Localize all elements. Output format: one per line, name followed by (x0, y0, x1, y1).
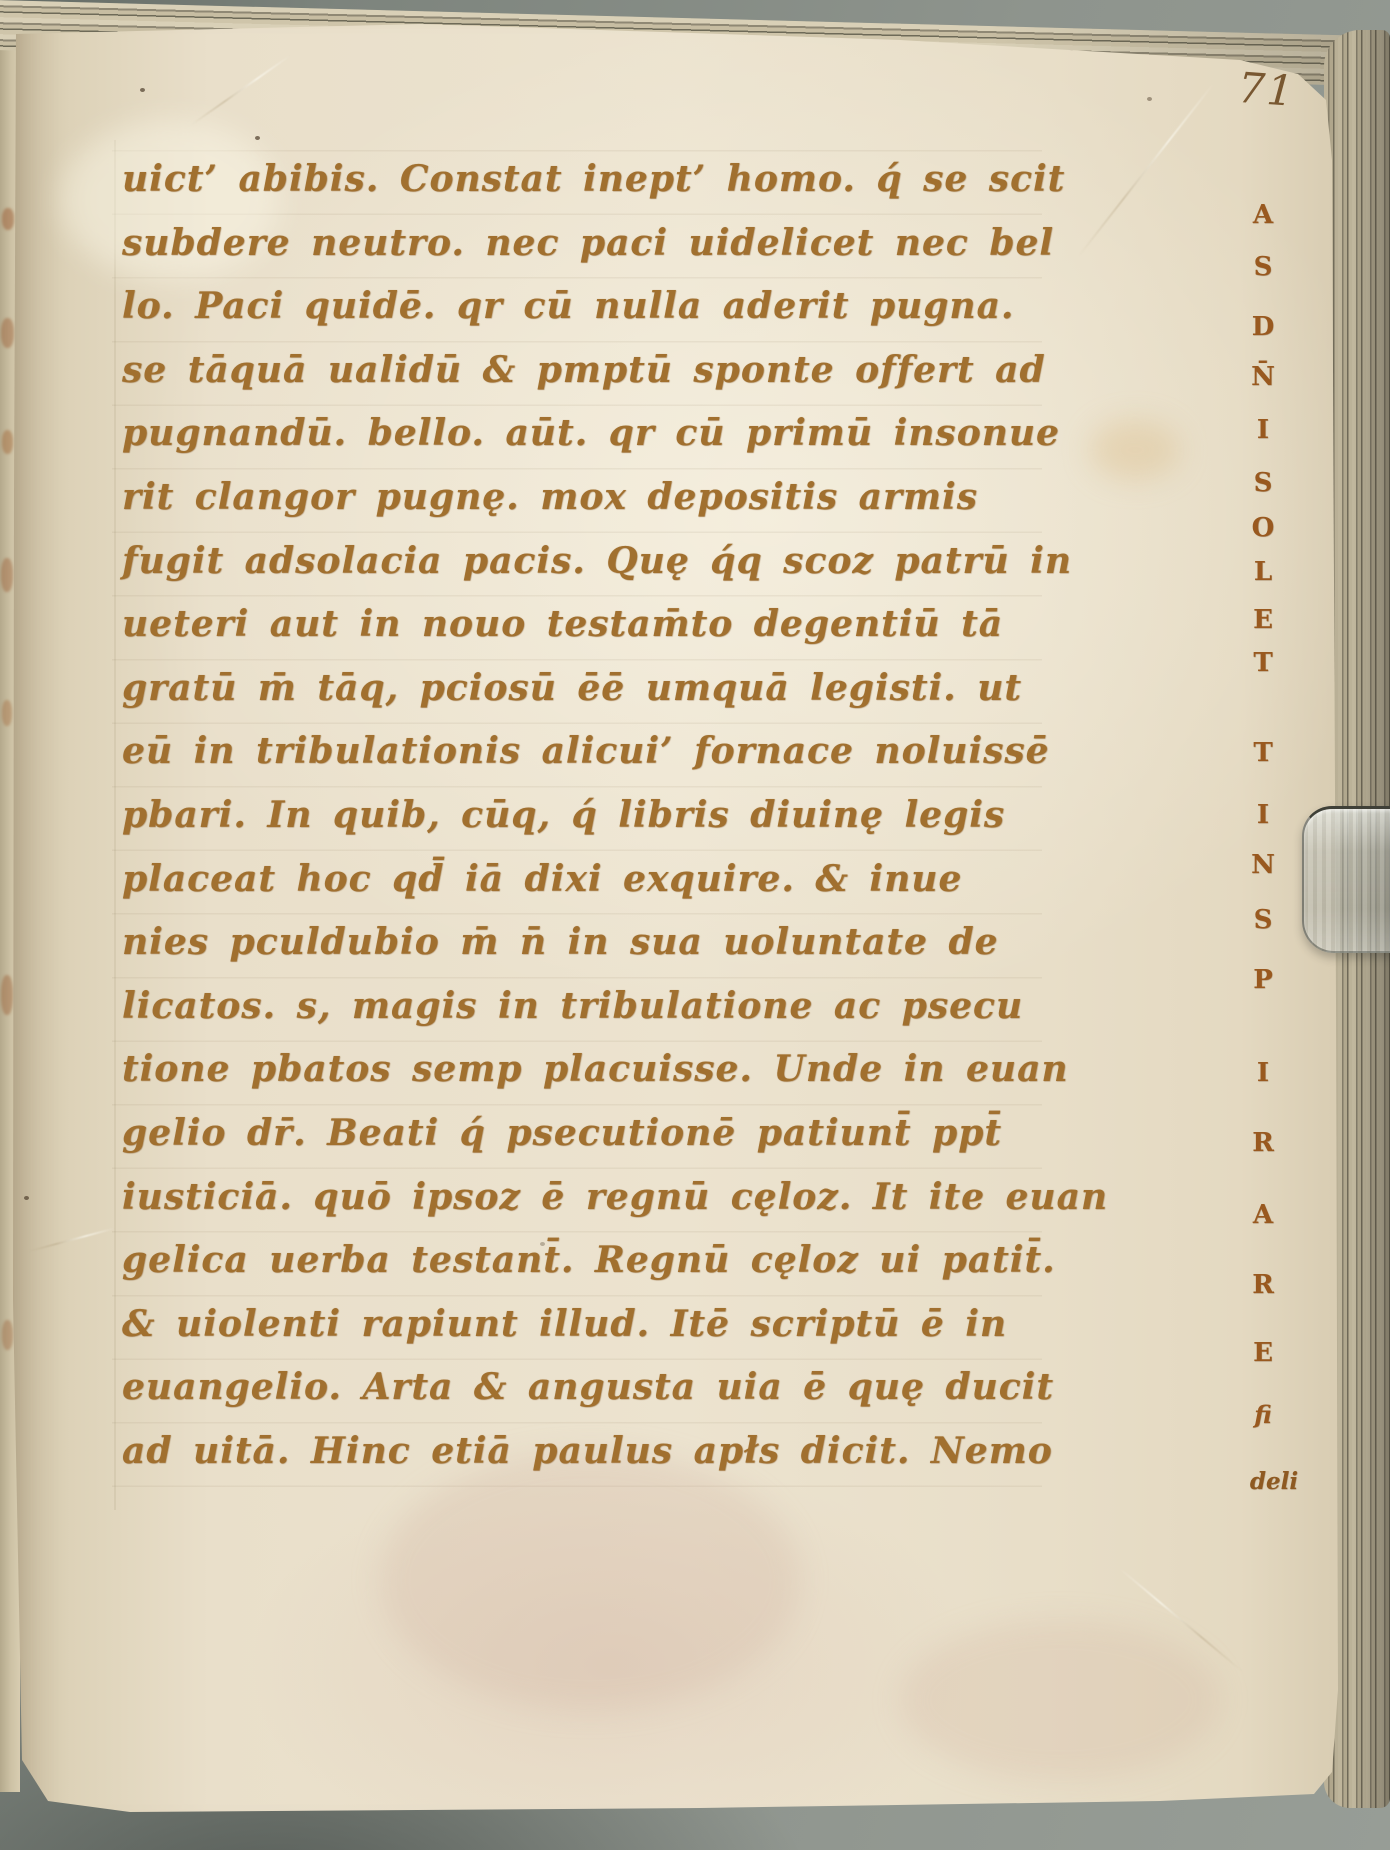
facing-page-ink-ghost (2, 430, 13, 454)
facing-page-ink-ghost (1, 318, 14, 348)
manuscript-text-block: uict’ abibis. Constat inept’ homo. q́ se… (122, 148, 1027, 1483)
margin-letter: S (1240, 252, 1286, 282)
margin-letter: T (1240, 648, 1286, 678)
speck (24, 1196, 29, 1200)
manuscript-line: ueteri aut in nouo testam̄to degentiū tā (122, 593, 1027, 657)
manuscript-line: se tāquā ualidū & pmptū sponte offert ad (122, 339, 1027, 403)
facing-page-ink-ghost (2, 208, 14, 230)
stain (900, 1620, 1220, 1780)
margin-letter: I (1240, 800, 1286, 830)
manuscript-line: iusticiā. quō ipsoz ē regnū cęloz. It it… (122, 1166, 1027, 1230)
margin-letter: E (1240, 1338, 1286, 1368)
margin-letter: A (1240, 1200, 1286, 1230)
stain (380, 1450, 800, 1710)
margin-catchword: deli (1232, 1468, 1316, 1495)
margin-letter: R (1240, 1270, 1286, 1300)
margin-letter: fi (1240, 1400, 1286, 1429)
bookmark-tab (1302, 806, 1390, 953)
margin-letter: S (1240, 905, 1286, 935)
manuscript-line: tione pbatos semp placuisse. Unde in eua… (122, 1038, 1027, 1102)
manuscript-line: eū in tribulationis alicui’ fornace nolu… (122, 720, 1027, 784)
manuscript-line: licatos. s, magis in tribulatione ac pse… (122, 975, 1027, 1039)
stain (1090, 420, 1180, 480)
facing-page-ink-ghost (2, 1320, 13, 1350)
manuscript-line: gratū m̄ tāq, pciosū ēē umquā legisti. u… (122, 657, 1027, 721)
margin-letter: D (1240, 312, 1286, 342)
facing-page-ink-ghost (1, 558, 13, 592)
margin-letter: I (1240, 415, 1286, 445)
crease (27, 1227, 114, 1252)
margin-letter: P (1240, 965, 1286, 995)
margin-letter: N (1240, 850, 1286, 880)
manuscript-line: subdere neutro. nec paci uidelicet nec b… (122, 212, 1027, 276)
speck (255, 136, 260, 140)
facing-page-ink-ghost (1, 975, 13, 1015)
margin-letter: I (1240, 1058, 1286, 1088)
manuscript-line: placeat hoc qd̄ iā dixi exquire. & inue (122, 848, 1027, 912)
manuscript-line: pugnandū. bello. aūt. qr cū primū insonu… (122, 402, 1027, 466)
margin-rule (114, 140, 116, 1510)
manuscript-line: gelica uerba testant̄. Regnū cęloz ui pa… (122, 1229, 1027, 1293)
speck (1147, 97, 1152, 101)
margin-letter: S (1240, 468, 1286, 498)
parchment-page: 71 uict’ abibis. Constat inept’ homo. q́… (0, 0, 1390, 1850)
margin-letter: N̄ (1240, 362, 1286, 392)
margin-letter: R (1240, 1128, 1286, 1158)
crease (191, 55, 290, 125)
manuscript-line: euangelio. Arta & angusta uia ē quę duci… (122, 1356, 1027, 1420)
margin-letter: T (1240, 738, 1286, 768)
speck (140, 88, 145, 92)
manuscript-line: rit clangor pugnę. mox depositis armis (122, 466, 1027, 530)
margin-letter: E (1240, 605, 1286, 635)
margin-letter: A (1240, 200, 1286, 230)
facing-page-ink-ghost (2, 700, 12, 726)
manuscript-line: pbari. In quib, cūq, q́ libris diuinę le… (122, 784, 1027, 848)
manuscript-line: lo. Paci quidē. qr cū nulla aderit pugna… (122, 275, 1027, 339)
manuscript-line: gelio dr̄. Beati q́ psecutionē patiunt̄ … (122, 1102, 1027, 1166)
margin-letter: L (1240, 557, 1286, 587)
manuscript-line: & uiolenti rapiunt illud. Itē scriptū ē … (122, 1293, 1027, 1357)
margin-letter: O (1240, 513, 1286, 543)
manuscript-line: uict’ abibis. Constat inept’ homo. q́ se… (122, 148, 1027, 212)
manuscript-line: ad uitā. Hinc etiā paulus apłs dicit. Ne… (122, 1420, 1027, 1484)
manuscript-line: nies pculdubio m̄ n̄ in sua uoluntate de (122, 911, 1027, 975)
crease (1077, 83, 1214, 258)
manuscript-photo: 71 uict’ abibis. Constat inept’ homo. q́… (0, 0, 1390, 1850)
manuscript-line: fugit adsolacia pacis. Quę q́q scoz patr… (122, 530, 1027, 594)
